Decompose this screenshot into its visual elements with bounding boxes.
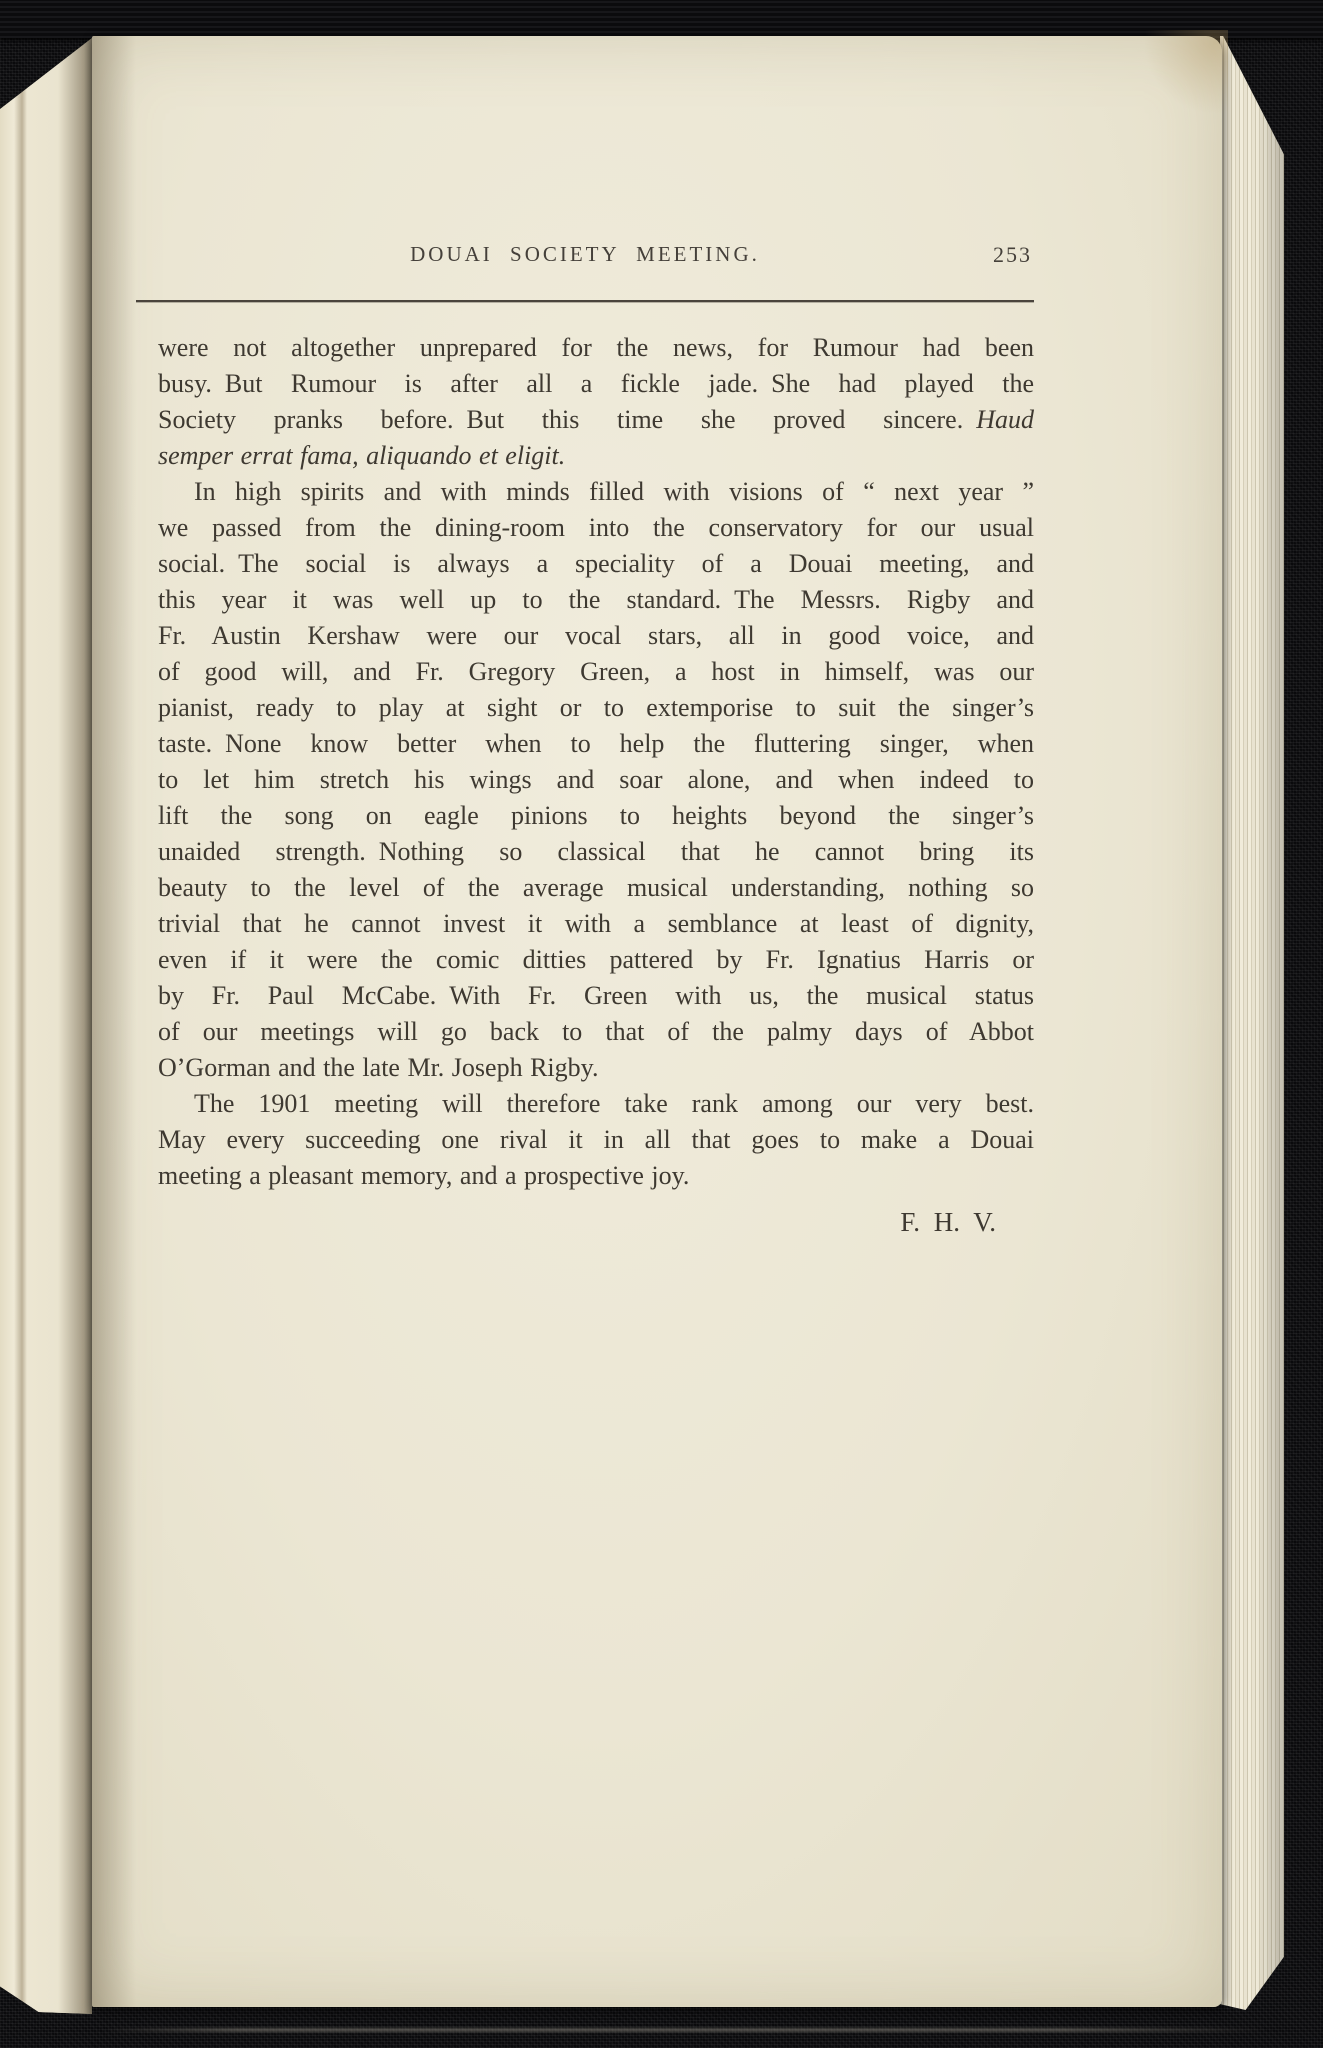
text-line: taste. None know better when to help the… — [158, 726, 1034, 762]
text-line: by Fr. Paul McCabe. With Fr. Green with … — [158, 978, 1034, 1014]
text-line: Fr. Austin Kershaw were our vocal stars,… — [158, 618, 1034, 654]
text-line: Society pranks before. But this time she… — [158, 402, 1034, 438]
text-segment: this year it was well up to the standard… — [158, 585, 1034, 614]
text-segment: of our meetings will go back to that of … — [158, 1017, 1034, 1046]
left-page-edge — [0, 38, 92, 2014]
text-segment: In high spirits and with minds filled wi… — [194, 477, 1034, 506]
text-line: trivial that he cannot invest it with a … — [158, 906, 1034, 942]
text-segment: were not altogether unprepared for the n… — [158, 333, 1034, 362]
text-line: to let him stretch his wings and soar al… — [158, 762, 1034, 798]
text-segment: lift the song on eagle pinions to height… — [158, 801, 1034, 830]
book-scan: DOUAI SOCIETY MEETING. 253 were not alto… — [0, 0, 1323, 2048]
header-rule — [136, 300, 1034, 302]
text-segment: unaided strength. Nothing so classical t… — [158, 837, 1034, 866]
text-line: lift the song on eagle pinions to height… — [158, 798, 1034, 834]
text-line: beauty to the level of the average music… — [158, 870, 1034, 906]
text-segment: Fr. Austin Kershaw were our vocal stars,… — [158, 621, 1034, 650]
page-number: 253 — [993, 242, 1032, 268]
italic-text: semper errat fama, aliquando et eligit. — [158, 441, 565, 470]
cover-cloth-top-edge — [0, 0, 1323, 38]
text-segment: Society pranks before. But this time she… — [158, 405, 976, 434]
book-page: DOUAI SOCIETY MEETING. 253 were not alto… — [92, 36, 1222, 2007]
text-line: were not altogether unprepared for the n… — [158, 330, 1034, 366]
text-segment: even if it were the comic ditties patter… — [158, 945, 1034, 974]
paragraph: The 1901 meeting will therefore take ran… — [158, 1086, 1034, 1194]
text-line: social. The social is always a specialit… — [158, 546, 1034, 582]
page-header: DOUAI SOCIETY MEETING. 253 — [136, 242, 1034, 272]
text-segment: trivial that he cannot invest it with a … — [158, 909, 1034, 938]
paragraph: In high spirits and with minds filled wi… — [158, 474, 1034, 1086]
text-line: pianist, ready to play at sight or to ex… — [158, 690, 1034, 726]
text-segment: pianist, ready to play at sight or to ex… — [158, 693, 1034, 722]
text-segment: May every succeeding one rival it in all… — [158, 1125, 1034, 1154]
text-line: meeting a pleasant memory, and a prospec… — [158, 1158, 1034, 1194]
text-segment: social. The social is always a specialit… — [158, 549, 1034, 578]
text-segment: by Fr. Paul McCabe. With Fr. Green with … — [158, 981, 1034, 1010]
text-segment: busy. But Rumour is after all a fickle j… — [158, 369, 1034, 398]
text-line: of our meetings will go back to that of … — [158, 1014, 1034, 1050]
text-line: May every succeeding one rival it in all… — [158, 1122, 1034, 1158]
text-line: busy. But Rumour is after all a fickle j… — [158, 366, 1034, 402]
text-line: we passed from the dining-room into the … — [158, 510, 1034, 546]
running-head: DOUAI SOCIETY MEETING. — [136, 242, 1034, 267]
text-line: The 1901 meeting will therefore take ran… — [158, 1086, 1034, 1122]
text-line: this year it was well up to the standard… — [158, 582, 1034, 618]
paragraph: were not altogether unprepared for the n… — [158, 330, 1034, 474]
text-segment: The 1901 meeting will therefore take ran… — [194, 1089, 1034, 1118]
italic-text: Haud — [976, 405, 1034, 434]
author-initials: F. H. V. — [158, 1207, 1034, 1238]
text-segment: beauty to the level of the average music… — [158, 873, 1034, 902]
text-line: even if it were the comic ditties patter… — [158, 942, 1034, 978]
text-line: unaided strength. Nothing so classical t… — [158, 834, 1034, 870]
text-line: semper errat fama, aliquando et eligit. — [158, 438, 1034, 474]
text-segment: taste. None know better when to help the… — [158, 729, 1034, 758]
text-segment: O’Gorman and the late Mr. Joseph Rigby. — [158, 1053, 598, 1082]
text-segment: of good will, and Fr. Gregory Green, a h… — [158, 657, 1034, 686]
body-paragraphs: were not altogether unprepared for the n… — [158, 330, 1034, 1194]
scan-light-streak — [100, 2028, 1270, 2032]
text-line: In high spirits and with minds filled wi… — [158, 474, 1034, 510]
text-segment: we passed from the dining-room into the … — [158, 513, 1034, 542]
text-line: O’Gorman and the late Mr. Joseph Rigby. — [158, 1050, 1034, 1086]
text-segment: to let him stretch his wings and soar al… — [158, 765, 1034, 794]
text-segment: meeting a pleasant memory, and a prospec… — [158, 1161, 689, 1190]
text-line: of good will, and Fr. Gregory Green, a h… — [158, 654, 1034, 690]
right-page-edges — [1220, 36, 1284, 2010]
